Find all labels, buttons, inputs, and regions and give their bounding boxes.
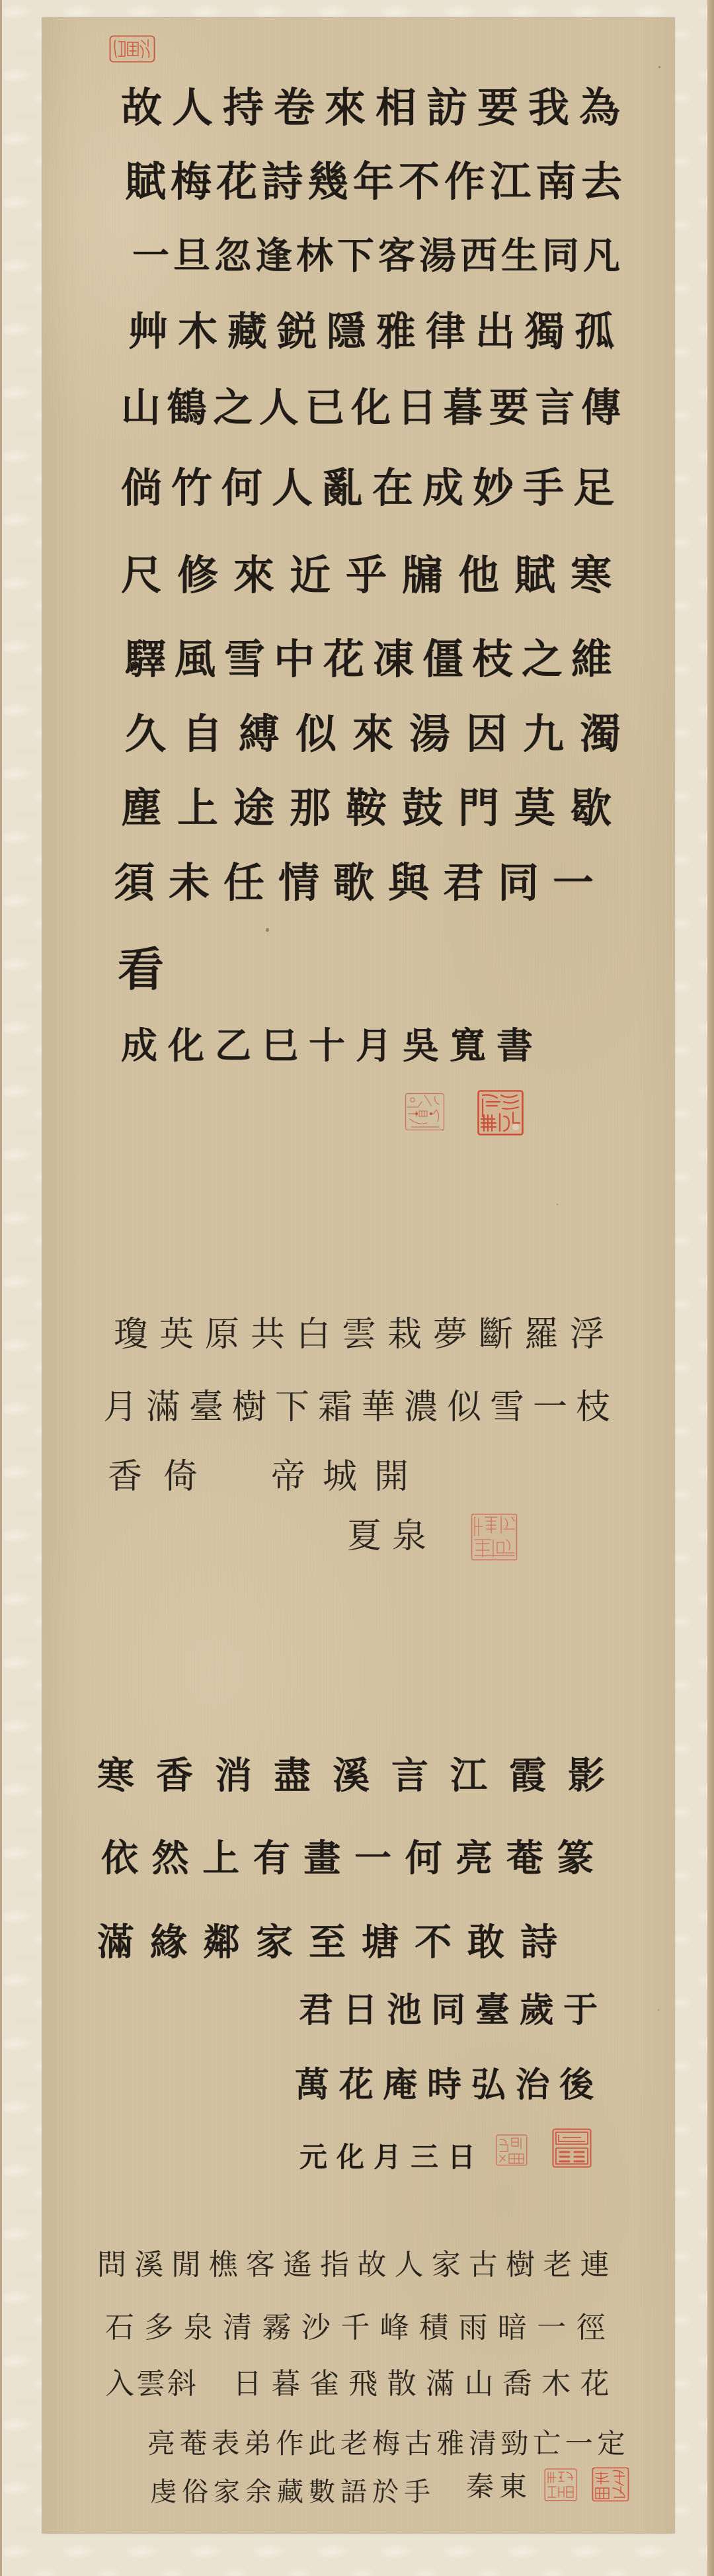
seal-stamp-top [109, 35, 155, 63]
glyph: 凍 [373, 639, 414, 680]
glyph: 治 [515, 2068, 549, 2102]
glyph: 一 [553, 862, 594, 903]
glyph: 鶴 [167, 388, 207, 428]
colophon-3-row-segment: 日暮雀飛散滿山喬木花 [233, 2370, 610, 2399]
glyph: 原 [205, 1317, 239, 1352]
glyph: 故 [357, 2251, 386, 2280]
glyph: 風 [175, 639, 216, 680]
glyph: 江 [490, 161, 531, 202]
glyph: 盡 [274, 1757, 311, 1794]
glyph: 獨 [525, 312, 565, 352]
glyph: 湯 [419, 237, 456, 274]
glyph: 塵 [121, 788, 162, 829]
glyph: 未 [169, 862, 210, 903]
glyph: 滿 [97, 1924, 134, 1961]
glyph: 散 [387, 2370, 416, 2399]
glyph: 日 [448, 2143, 475, 2171]
inscription-row: 故人持卷來相訪要我為 [121, 87, 620, 128]
glyph: 九 [523, 714, 564, 755]
colophon-1-signature: 夏泉 [347, 1519, 426, 1554]
glyph: 作 [276, 2430, 303, 2458]
glyph: 清 [469, 2430, 496, 2458]
glyph: 不 [399, 161, 440, 202]
glyph: 在 [372, 468, 413, 509]
glyph: 作 [444, 161, 485, 202]
glyph: 何 [221, 468, 262, 509]
glyph: 湯 [409, 714, 450, 755]
glyph: 花 [216, 161, 257, 202]
glyph: 艸 [128, 312, 168, 352]
glyph: 菴 [180, 2430, 208, 2458]
glyph: 一 [533, 1390, 567, 1425]
glyph: 依 [101, 1840, 138, 1877]
glyph: 詩 [262, 161, 303, 202]
glyph: 月 [374, 2143, 401, 2171]
glyph: 華 [361, 1390, 395, 1425]
glyph: 鞍 [346, 788, 387, 829]
glyph: 持 [223, 87, 264, 128]
glyph: 同 [498, 862, 539, 903]
glyph: 客 [378, 237, 415, 274]
glyph: 樹 [506, 2251, 535, 2280]
glyph: 樵 [209, 2251, 238, 2280]
glyph: 維 [571, 639, 612, 680]
inscription-row: 久自縛似來湯因九濁 [125, 714, 621, 755]
glyph: 來 [352, 714, 393, 755]
glyph: 似 [447, 1390, 481, 1425]
glyph: 香 [108, 1460, 142, 1494]
glyph: 霜 [318, 1390, 352, 1425]
glyph: 來 [325, 87, 366, 128]
glyph: 古 [469, 2251, 498, 2280]
glyph: 旦 [173, 237, 210, 274]
glyph: 梅 [171, 161, 212, 202]
glyph: 影 [568, 1757, 605, 1794]
glyph: 孤 [575, 312, 614, 352]
glyph: 木 [178, 312, 218, 352]
glyph: 詩 [520, 1924, 557, 1961]
glyph: 枝 [472, 639, 513, 680]
glyph: 霞 [509, 1757, 546, 1794]
inscription-row: 須未任情歌與君同一 [114, 862, 594, 903]
glyph: 夏 [347, 1519, 381, 1554]
glyph: 勁 [501, 2430, 529, 2458]
glyph: 語 [340, 2479, 367, 2505]
glyph: 雲 [136, 2370, 165, 2399]
glyph: 庵 [383, 2068, 417, 2102]
glyph: 牖 [402, 555, 443, 596]
glyph: 看 [118, 946, 164, 993]
glyph: 日 [233, 2370, 262, 2399]
glyph: 滿 [146, 1390, 180, 1425]
glyph: 巳 [262, 1027, 298, 1063]
glyph: 似 [296, 714, 337, 755]
glyph: 山 [121, 388, 161, 428]
glyph: 畫 [303, 1840, 340, 1877]
glyph: 菴 [506, 1840, 543, 1877]
glyph: 英 [159, 1317, 194, 1352]
glyph: 竹 [171, 468, 212, 509]
colophon-2-row: 依然上有畫一何亮菴篆 [101, 1840, 594, 1877]
glyph: 花 [323, 639, 364, 680]
glyph: 去 [581, 161, 622, 202]
glyph: 莫 [514, 788, 555, 829]
glyph: 人 [172, 87, 213, 128]
glyph: 途 [233, 788, 274, 829]
glyph: 泉 [184, 2313, 213, 2343]
glyph: 那 [290, 788, 331, 829]
glyph: 上 [202, 1840, 239, 1877]
inscription-row: 賦梅花詩幾年不作江南去 [125, 161, 622, 202]
glyph: 多 [144, 2313, 173, 2343]
glyph: 上 [177, 788, 218, 829]
glyph: 白 [296, 1317, 331, 1352]
inscription-row: 塵上途那鞍鼓門莫歇 [121, 788, 612, 829]
glyph: 歇 [571, 788, 612, 829]
glyph: 共 [251, 1317, 285, 1352]
glyph: 峰 [380, 2313, 409, 2343]
glyph: 敢 [467, 1924, 504, 1961]
glyph: 然 [152, 1840, 189, 1877]
glyph: 之 [213, 388, 253, 428]
glyph: 逢 [255, 237, 292, 274]
glyph: 尺 [121, 555, 162, 596]
glyph: 濃 [404, 1390, 438, 1425]
seal-stamp-colophon-1 [471, 1513, 518, 1561]
glyph: 藏 [277, 2479, 303, 2505]
glyph: 數 [309, 2479, 335, 2505]
glyph: 弘 [471, 2068, 506, 2102]
glyph: 閒 [171, 2251, 200, 2280]
glyph: 君 [443, 862, 484, 903]
glyph: 夢 [433, 1317, 467, 1352]
glyph: 浮 [570, 1317, 604, 1352]
glyph: 卷 [274, 87, 315, 128]
glyph: 時 [427, 2068, 461, 2102]
glyph: 定 [597, 2430, 625, 2458]
colophon-3-row: 亮菴表弟作此老梅古雅清勁亡一定 [147, 2430, 625, 2458]
glyph: 泉 [392, 1519, 426, 1554]
glyph: 至 [309, 1924, 346, 1961]
glyph: 律 [426, 312, 465, 352]
glyph: 十 [309, 1027, 345, 1063]
glyph: 賦 [125, 161, 166, 202]
glyph: 中 [274, 639, 315, 680]
glyph: 足 [573, 468, 614, 509]
glyph: 老 [340, 2430, 368, 2458]
glyph: 傳 [581, 388, 621, 428]
glyph: 花 [580, 2370, 610, 2399]
glyph: 手 [404, 2479, 430, 2505]
paper-speck [658, 2009, 659, 2011]
glyph: 喬 [503, 2370, 532, 2399]
glyph: 臺 [475, 1993, 510, 2028]
glyph: 花 [339, 2068, 374, 2102]
glyph: 成 [121, 1027, 157, 1063]
colophon-3-signature: 秦東 [466, 2473, 527, 2501]
glyph: 古 [405, 2430, 432, 2458]
glyph: 生 [501, 237, 538, 274]
glyph: 徑 [576, 2313, 606, 2343]
glyph: 西 [460, 237, 497, 274]
glyph: 有 [253, 1840, 290, 1877]
inscription-row-final: 看 [118, 946, 164, 993]
glyph: 來 [233, 555, 274, 596]
glyph: 山 [464, 2370, 493, 2399]
glyph: 倘 [121, 468, 162, 509]
glyph: 秦 [466, 2473, 494, 2501]
glyph: 寒 [97, 1757, 134, 1794]
glyph: 同 [542, 237, 579, 274]
glyph: 化 [168, 1027, 204, 1063]
glyph: 家 [432, 2251, 461, 2280]
glyph: 暗 [498, 2313, 527, 2343]
seal-stamp-signature-right [477, 1090, 524, 1136]
glyph: 人 [395, 2251, 424, 2280]
seal-icon [552, 2128, 592, 2168]
glyph: 暮 [271, 2370, 300, 2399]
colophon-2-row: 萬花庵時弘治後 [295, 2068, 594, 2102]
glyph: 南 [535, 161, 576, 202]
glyph: 亮 [456, 1840, 493, 1877]
glyph: 與 [388, 862, 429, 903]
glyph: 書 [496, 1027, 533, 1063]
glyph: 手 [523, 468, 564, 509]
glyph: 日 [397, 388, 437, 428]
glyph: 我 [528, 87, 569, 128]
glyph: 雪 [490, 1390, 524, 1425]
glyph: 幾 [307, 161, 348, 202]
glyph: 東 [499, 2473, 527, 2501]
glyph: 於 [372, 2479, 399, 2505]
glyph: 江 [450, 1757, 487, 1794]
seal-icon [477, 1090, 524, 1136]
glyph: 要 [477, 87, 518, 128]
seal-stamp-colophon-3-left [544, 2468, 577, 2501]
glyph: 城 [323, 1460, 357, 1494]
glyph: 相 [376, 87, 416, 128]
glyph: 何 [405, 1840, 442, 1877]
glyph: 濁 [580, 714, 621, 755]
glyph: 鋭 [277, 312, 317, 352]
glyph: 年 [353, 161, 394, 202]
colophon-1-row: 月滿臺樹下霜華濃似雪一枝 [103, 1390, 610, 1425]
glyph: 瓊 [114, 1317, 148, 1352]
glyph: 消 [215, 1757, 252, 1794]
glyph: 家 [256, 1924, 293, 1961]
glyph: 隱 [327, 312, 366, 352]
glyph: 倚 [163, 1460, 198, 1494]
glyph: 雀 [310, 2370, 339, 2399]
glyph: 一 [354, 1840, 391, 1877]
glyph: 下 [337, 237, 374, 274]
glyph: 君 [299, 1993, 333, 2028]
glyph: 緣 [150, 1924, 187, 1961]
glyph: 弟 [244, 2430, 272, 2458]
glyph: 賦 [514, 555, 555, 596]
glyph: 凡 [583, 237, 620, 274]
glyph: 老 [543, 2251, 572, 2280]
glyph: 門 [458, 788, 499, 829]
glyph: 飛 [348, 2370, 377, 2399]
colophon-3-row: 石多泉清霧沙千峰積雨暗一徑 [105, 2313, 606, 2343]
colophon-3-row-segment: 入雲斜 [105, 2370, 196, 2399]
glyph: 亂 [322, 468, 363, 509]
glyph: 月 [356, 1027, 392, 1063]
glyph: 石 [105, 2313, 134, 2343]
glyph: 故 [121, 87, 162, 128]
colophon-2-date: 元化月三日 [299, 2143, 475, 2171]
glyph: 清 [223, 2313, 252, 2343]
colophon-3-row: 虔俗家余藏數語於手 [150, 2479, 430, 2505]
glyph: 不 [415, 1924, 452, 1961]
glyph: 霧 [262, 2313, 292, 2343]
inscription-row: 倘竹何人亂在成妙手足 [121, 468, 614, 509]
glyph: 香 [156, 1757, 193, 1794]
glyph: 元 [299, 2143, 327, 2171]
mount-right-edge [707, 0, 714, 2576]
colophon-1-row: 瓊英原共白雲栽夢斷羅浮 [114, 1317, 604, 1352]
glyph: 忽 [214, 237, 251, 274]
inscription-row: 一旦忽逢林下客湯西生同凡 [132, 237, 620, 274]
glyph: 吳 [403, 1027, 439, 1063]
glyph: 于 [563, 1993, 598, 2028]
seal-icon [544, 2468, 577, 2501]
glyph: 要 [489, 388, 529, 428]
glyph: 表 [212, 2430, 239, 2458]
glyph: 他 [458, 555, 499, 596]
glyph: 亡 [533, 2430, 561, 2458]
glyph: 遙 [283, 2251, 312, 2280]
glyph: 日 [343, 1993, 377, 2028]
glyph: 萬 [295, 2068, 329, 2102]
seal-icon [471, 1513, 518, 1561]
glyph: 須 [114, 862, 155, 903]
glyph: 俗 [182, 2479, 208, 2505]
inscription-row: 尺修來近乎牖他賦寒 [121, 555, 612, 596]
colophon-2-row: 滿緣鄰家至塘不敢詩 [97, 1924, 557, 1961]
glyph: 雅 [436, 2430, 464, 2458]
seal-icon [592, 2467, 629, 2502]
glyph: 溪 [333, 1757, 370, 1794]
seal-stamp-colophon-2-left [496, 2134, 528, 2166]
paper-speck [266, 928, 269, 932]
glyph: 一 [537, 2313, 566, 2343]
glyph: 雨 [459, 2313, 488, 2343]
paper-speck [557, 1204, 558, 1205]
glyph: 臺 [189, 1390, 223, 1425]
seal-icon [496, 2134, 528, 2166]
glyph: 一 [132, 237, 169, 274]
glyph: 斜 [167, 2370, 196, 2399]
glyph: 寬 [450, 1027, 486, 1063]
glyph: 歲 [519, 1993, 553, 2028]
glyph: 塘 [362, 1924, 399, 1961]
glyph: 林 [296, 237, 333, 274]
glyph: 久 [125, 714, 166, 755]
glyph: 言 [391, 1757, 428, 1794]
inscription-row: 艸木藏鋭隱雅律出獨孤 [128, 312, 614, 352]
glyph: 同 [431, 1993, 465, 2028]
inscription-row: 驛風雪中花凍僵枝之維 [125, 639, 612, 680]
glyph: 已 [305, 388, 344, 428]
glyph: 之 [522, 639, 563, 680]
glyph: 三 [411, 2143, 438, 2171]
glyph: 栽 [387, 1317, 422, 1352]
glyph: 藏 [227, 312, 267, 352]
glyph: 修 [177, 555, 218, 596]
glyph: 鄰 [203, 1924, 240, 1961]
glyph: 縛 [239, 714, 280, 755]
glyph: 後 [559, 2068, 594, 2102]
glyph: 出 [475, 312, 515, 352]
glyph: 為 [579, 87, 620, 128]
glyph: 帝 [271, 1460, 305, 1494]
glyph: 篆 [557, 1840, 594, 1877]
glyph: 羅 [524, 1317, 559, 1352]
glyph: 梅 [372, 2430, 400, 2458]
glyph: 連 [580, 2251, 609, 2280]
glyph: 此 [308, 2430, 336, 2458]
glyph: 雪 [224, 639, 265, 680]
glyph: 暮 [443, 388, 483, 428]
seal-icon [109, 35, 155, 63]
paper-speck [658, 66, 660, 68]
glyph: 溪 [134, 2251, 163, 2280]
glyph: 近 [290, 555, 331, 596]
colophon-1-row-segment: 香倚 [108, 1460, 198, 1494]
colophon-2-row: 君日池同臺歲于 [299, 1993, 598, 2028]
glyph: 沙 [301, 2313, 331, 2343]
glyph: 自 [182, 714, 223, 755]
glyph: 言 [535, 388, 575, 428]
seal-stamp-colophon-3-right [592, 2467, 629, 2502]
glyph: 樹 [232, 1390, 266, 1425]
mount-left-edge [0, 0, 2, 2576]
glyph: 歌 [333, 862, 374, 903]
glyph: 枝 [576, 1390, 610, 1425]
glyph: 驛 [125, 639, 166, 680]
glyph: 人 [259, 388, 299, 428]
glyph: 情 [278, 862, 319, 903]
glyph: 鼓 [402, 788, 443, 829]
seal-stamp-signature-left [405, 1093, 445, 1131]
glyph: 乙 [215, 1027, 251, 1063]
colophon-3-row: 問溪閒樵客遙指故人家古樹老連 [97, 2251, 609, 2280]
glyph: 因 [466, 714, 507, 755]
glyph: 問 [97, 2251, 126, 2280]
glyph: 千 [340, 2313, 370, 2343]
glyph: 化 [337, 2143, 364, 2171]
glyph: 客 [246, 2251, 275, 2280]
colophon-1-row-segment: 帝城開 [271, 1460, 409, 1494]
inscription-row: 山鶴之人已化日暮要言傳 [121, 388, 621, 428]
inscription-signature: 成化乙巳十月吳寬書 [121, 1027, 533, 1063]
glyph: 滿 [426, 2370, 455, 2399]
glyph: 家 [214, 2479, 240, 2505]
glyph: 人 [272, 468, 313, 509]
glyph: 開 [374, 1460, 409, 1494]
glyph: 余 [245, 2479, 272, 2505]
glyph: 木 [541, 2370, 571, 2399]
glyph: 妙 [473, 468, 514, 509]
glyph: 亮 [147, 2430, 175, 2458]
glyph: 入 [105, 2370, 134, 2399]
glyph: 訪 [426, 87, 467, 128]
colophon-2-row: 寒香消盡溪言江霞影 [97, 1757, 605, 1794]
glyph: 成 [422, 468, 463, 509]
glyph: 池 [387, 1993, 421, 2028]
